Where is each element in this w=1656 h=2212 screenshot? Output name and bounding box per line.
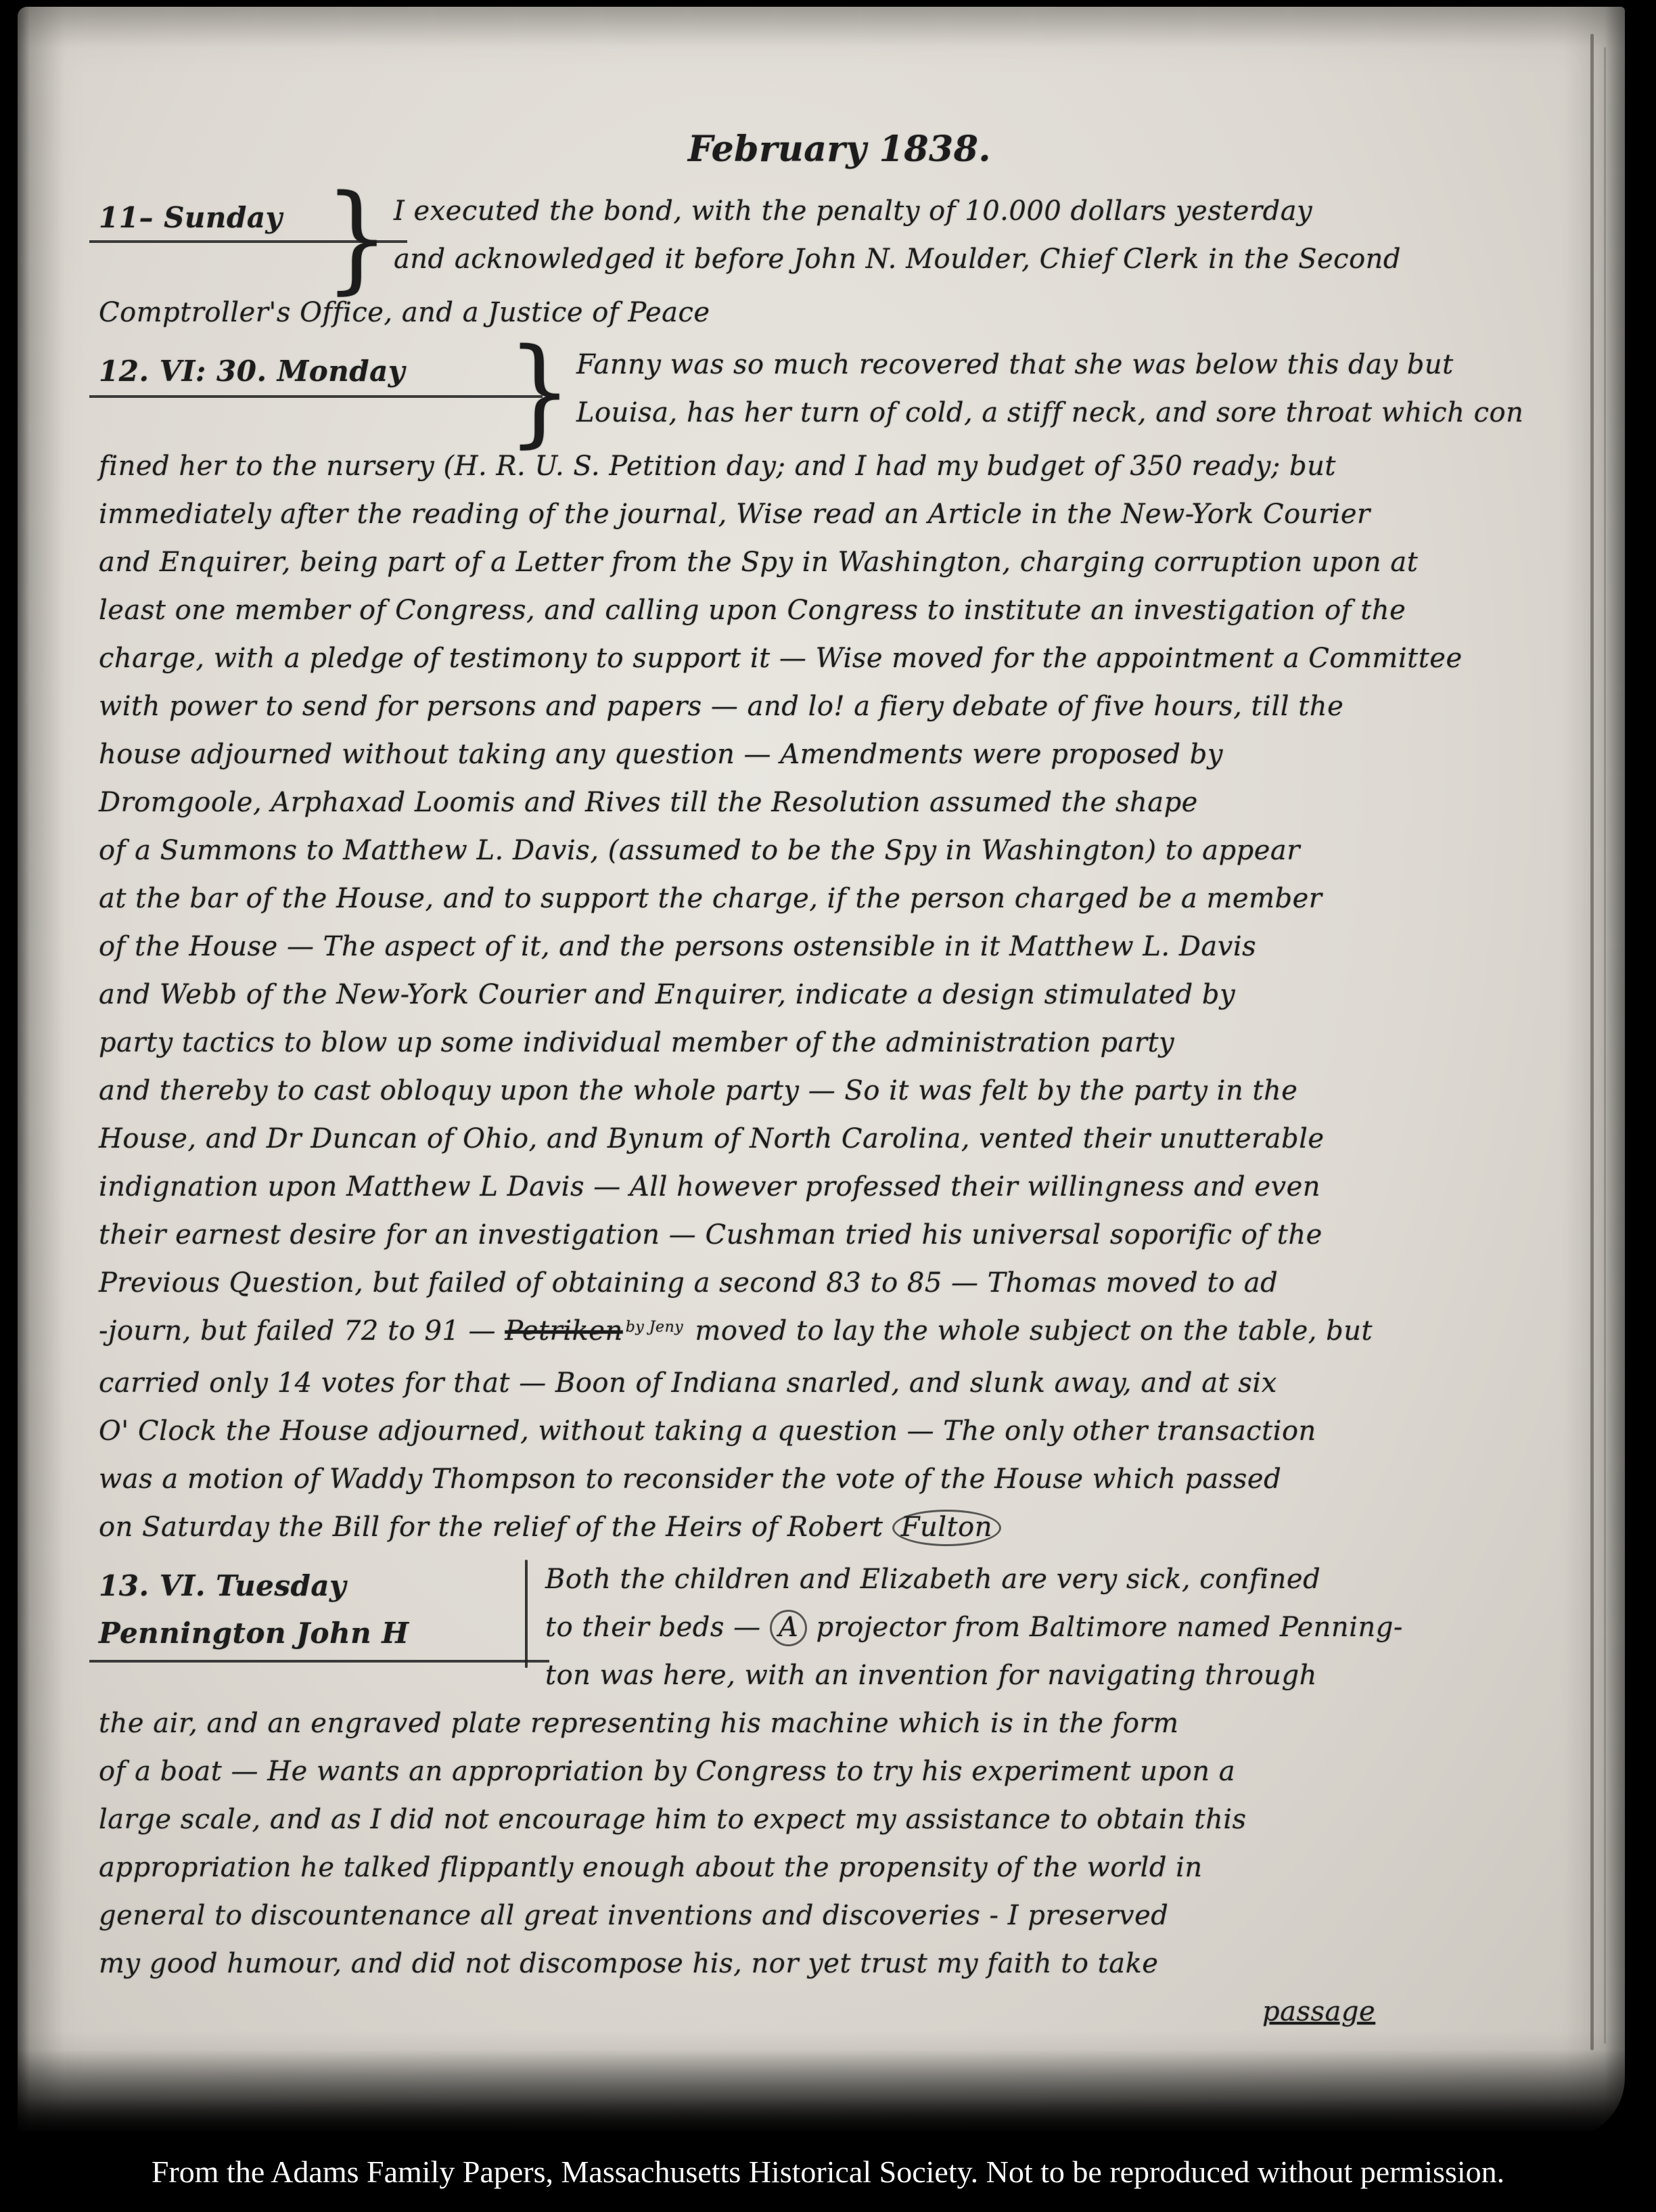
- manuscript-line: immediately after the reading of the jou…: [99, 491, 1580, 539]
- manuscript-line: with power to send for persons and paper…: [99, 683, 1580, 731]
- entry-headnote: I executed the bond, with the penalty of…: [394, 187, 1580, 284]
- brace-glyph: }: [325, 180, 390, 297]
- credit-bar: From the Adams Family Papers, Massachuse…: [0, 2131, 1656, 2212]
- manuscript-segment: -journ, but failed 72 to 91 —: [99, 1315, 505, 1347]
- manuscript-line: at the bar of the House, and to support …: [99, 875, 1580, 923]
- entry-headnote: Both the children and Elizabeth are very…: [545, 1556, 1580, 1700]
- manuscript-line: and thereby to cast obloquy upon the who…: [99, 1067, 1580, 1115]
- entry-sunday-11: 11– Sunday } I executed the bond, with t…: [99, 187, 1580, 337]
- manuscript-line: -journ, but failed 72 to 91 — Petrikenby…: [99, 1307, 1580, 1359]
- page-edge-shadow: [1590, 34, 1594, 2050]
- date-underline: [89, 395, 543, 398]
- manuscript-line: ton was here, with an invention for navi…: [545, 1652, 1580, 1700]
- page-title: February 1838.: [99, 129, 1580, 170]
- bottom-shadow: [0, 2050, 1656, 2138]
- manuscript-segment: moved to lay the whole subject on the ta…: [686, 1315, 1373, 1347]
- page-edge-shadow-outer: [1604, 47, 1606, 2044]
- manuscript-line: Dromgoole, Arphaxad Loomis and Rives til…: [99, 779, 1580, 827]
- entry-date: 12. VI: 30. Monday: [99, 341, 505, 395]
- manuscript-line: was a motion of Waddy Thompson to recons…: [99, 1455, 1580, 1504]
- entry-date-label2: Pennington John H: [99, 1610, 518, 1657]
- manuscript-line: of a Summons to Matthew L. Davis, (assum…: [99, 827, 1580, 875]
- manuscript-line: party tactics to blow up some individual…: [99, 1019, 1580, 1067]
- scanned-document: February 1838. 11– Sunday } I executed t…: [0, 0, 1656, 2212]
- manuscript-segment-struck: Petriken: [505, 1315, 622, 1347]
- entry-date-label: 13. VI. Tuesday: [99, 1562, 518, 1610]
- manuscript-line: appropriation he talked flippantly enoug…: [99, 1844, 1580, 1892]
- manuscript-line: to their beds — A projector from Baltimo…: [545, 1604, 1580, 1652]
- manuscript-segment-sup: by Jeny: [626, 1319, 683, 1336]
- manuscript-line: Louisa, has her turn of cold, a stiff ne…: [576, 389, 1580, 437]
- manuscript-segment-circled: A: [770, 1610, 807, 1646]
- manuscript-segment: projector from Baltimore named Penning-: [807, 1612, 1403, 1643]
- manuscript-segment-circled: Fulton: [892, 1510, 1001, 1546]
- manuscript-content: February 1838. 11– Sunday } I executed t…: [99, 129, 1580, 2035]
- manuscript-line: House, and Dr Duncan of Ohio, and Bynum …: [99, 1115, 1580, 1163]
- manuscript-line: of the House — The aspect of it, and the…: [99, 923, 1580, 971]
- credit-text: From the Adams Family Papers, Massachuse…: [152, 2154, 1504, 2190]
- manuscript-line: and Enquirer, being part of a Letter fro…: [99, 539, 1580, 587]
- manuscript-line: general to discountenance all great inve…: [99, 1892, 1580, 1940]
- manuscript-line: and Webb of the New-York Courier and Enq…: [99, 971, 1580, 1019]
- manuscript-segment: to their beds —: [545, 1612, 770, 1643]
- entry-monday-12: 12. VI: 30. Monday } Fanny was so much r…: [99, 341, 1580, 1552]
- manuscript-line: O' Clock the House adjourned, without ta…: [99, 1407, 1580, 1455]
- manuscript-page: February 1838. 11– Sunday } I executed t…: [18, 7, 1625, 2138]
- manuscript-segment: on Saturday the Bill for the relief of t…: [99, 1512, 892, 1543]
- manuscript-line: the air, and an engraved plate represent…: [99, 1700, 1580, 1748]
- manuscript-line: charge, with a pledge of testimony to su…: [99, 635, 1580, 683]
- entry-date-label: 11– Sunday: [99, 194, 322, 242]
- entry-date-label: 12. VI: 30. Monday: [99, 348, 505, 395]
- entry-head: 11– Sunday } I executed the bond, with t…: [99, 187, 1580, 289]
- manuscript-line: house adjourned without taking any quest…: [99, 731, 1580, 779]
- entry-head: 13. VI. Tuesday Pennington John H Both t…: [99, 1556, 1580, 1700]
- manuscript-line: indignation upon Matthew L Davis — All h…: [99, 1163, 1580, 1211]
- entry-tuesday-13: 13. VI. Tuesday Pennington John H Both t…: [99, 1556, 1580, 2035]
- manuscript-line: I executed the bond, with the penalty of…: [394, 187, 1580, 235]
- manuscript-line: large scale, and as I did not encourage …: [99, 1796, 1580, 1844]
- entry-head: 12. VI: 30. Monday } Fanny was so much r…: [99, 341, 1580, 443]
- entry-headnote: Fanny was so much recovered that she was…: [576, 341, 1580, 437]
- brace-rule: [525, 1560, 528, 1668]
- entry-date: 13. VI. Tuesday Pennington John H: [99, 1556, 518, 1657]
- entry-date: 11– Sunday: [99, 187, 322, 242]
- manuscript-line: least one member of Congress, and callin…: [99, 587, 1580, 635]
- manuscript-line: carried only 14 votes for that — Boon of…: [99, 1359, 1580, 1407]
- entry-body: Comptroller's Office, and a Justice of P…: [99, 289, 1580, 337]
- manuscript-line: on Saturday the Bill for the relief of t…: [99, 1504, 1580, 1552]
- manuscript-line: Fanny was so much recovered that she was…: [576, 341, 1580, 389]
- manuscript-line: their earnest desire for an investigatio…: [99, 1211, 1580, 1259]
- manuscript-line: of a boat — He wants an appropriation by…: [99, 1748, 1580, 1796]
- manuscript-line: my good humour, and did not discompose h…: [99, 1940, 1580, 1988]
- manuscript-line: Both the children and Elizabeth are very…: [545, 1556, 1580, 1604]
- manuscript-line: fined her to the nursery (H. R. U. S. Pe…: [99, 443, 1580, 491]
- entry-body: fined her to the nursery (H. R. U. S. Pe…: [99, 443, 1580, 1552]
- manuscript-line: Previous Question, but failed of obtaini…: [99, 1259, 1580, 1307]
- brace-glyph: }: [507, 334, 572, 451]
- catchword: passage: [1262, 1988, 1580, 2035]
- manuscript-line: and acknowledged it before John N. Mould…: [394, 235, 1580, 284]
- date-underline: [89, 1660, 549, 1663]
- entry-body: the air, and an engraved plate represent…: [99, 1700, 1580, 1988]
- manuscript-line: Comptroller's Office, and a Justice of P…: [99, 289, 1580, 337]
